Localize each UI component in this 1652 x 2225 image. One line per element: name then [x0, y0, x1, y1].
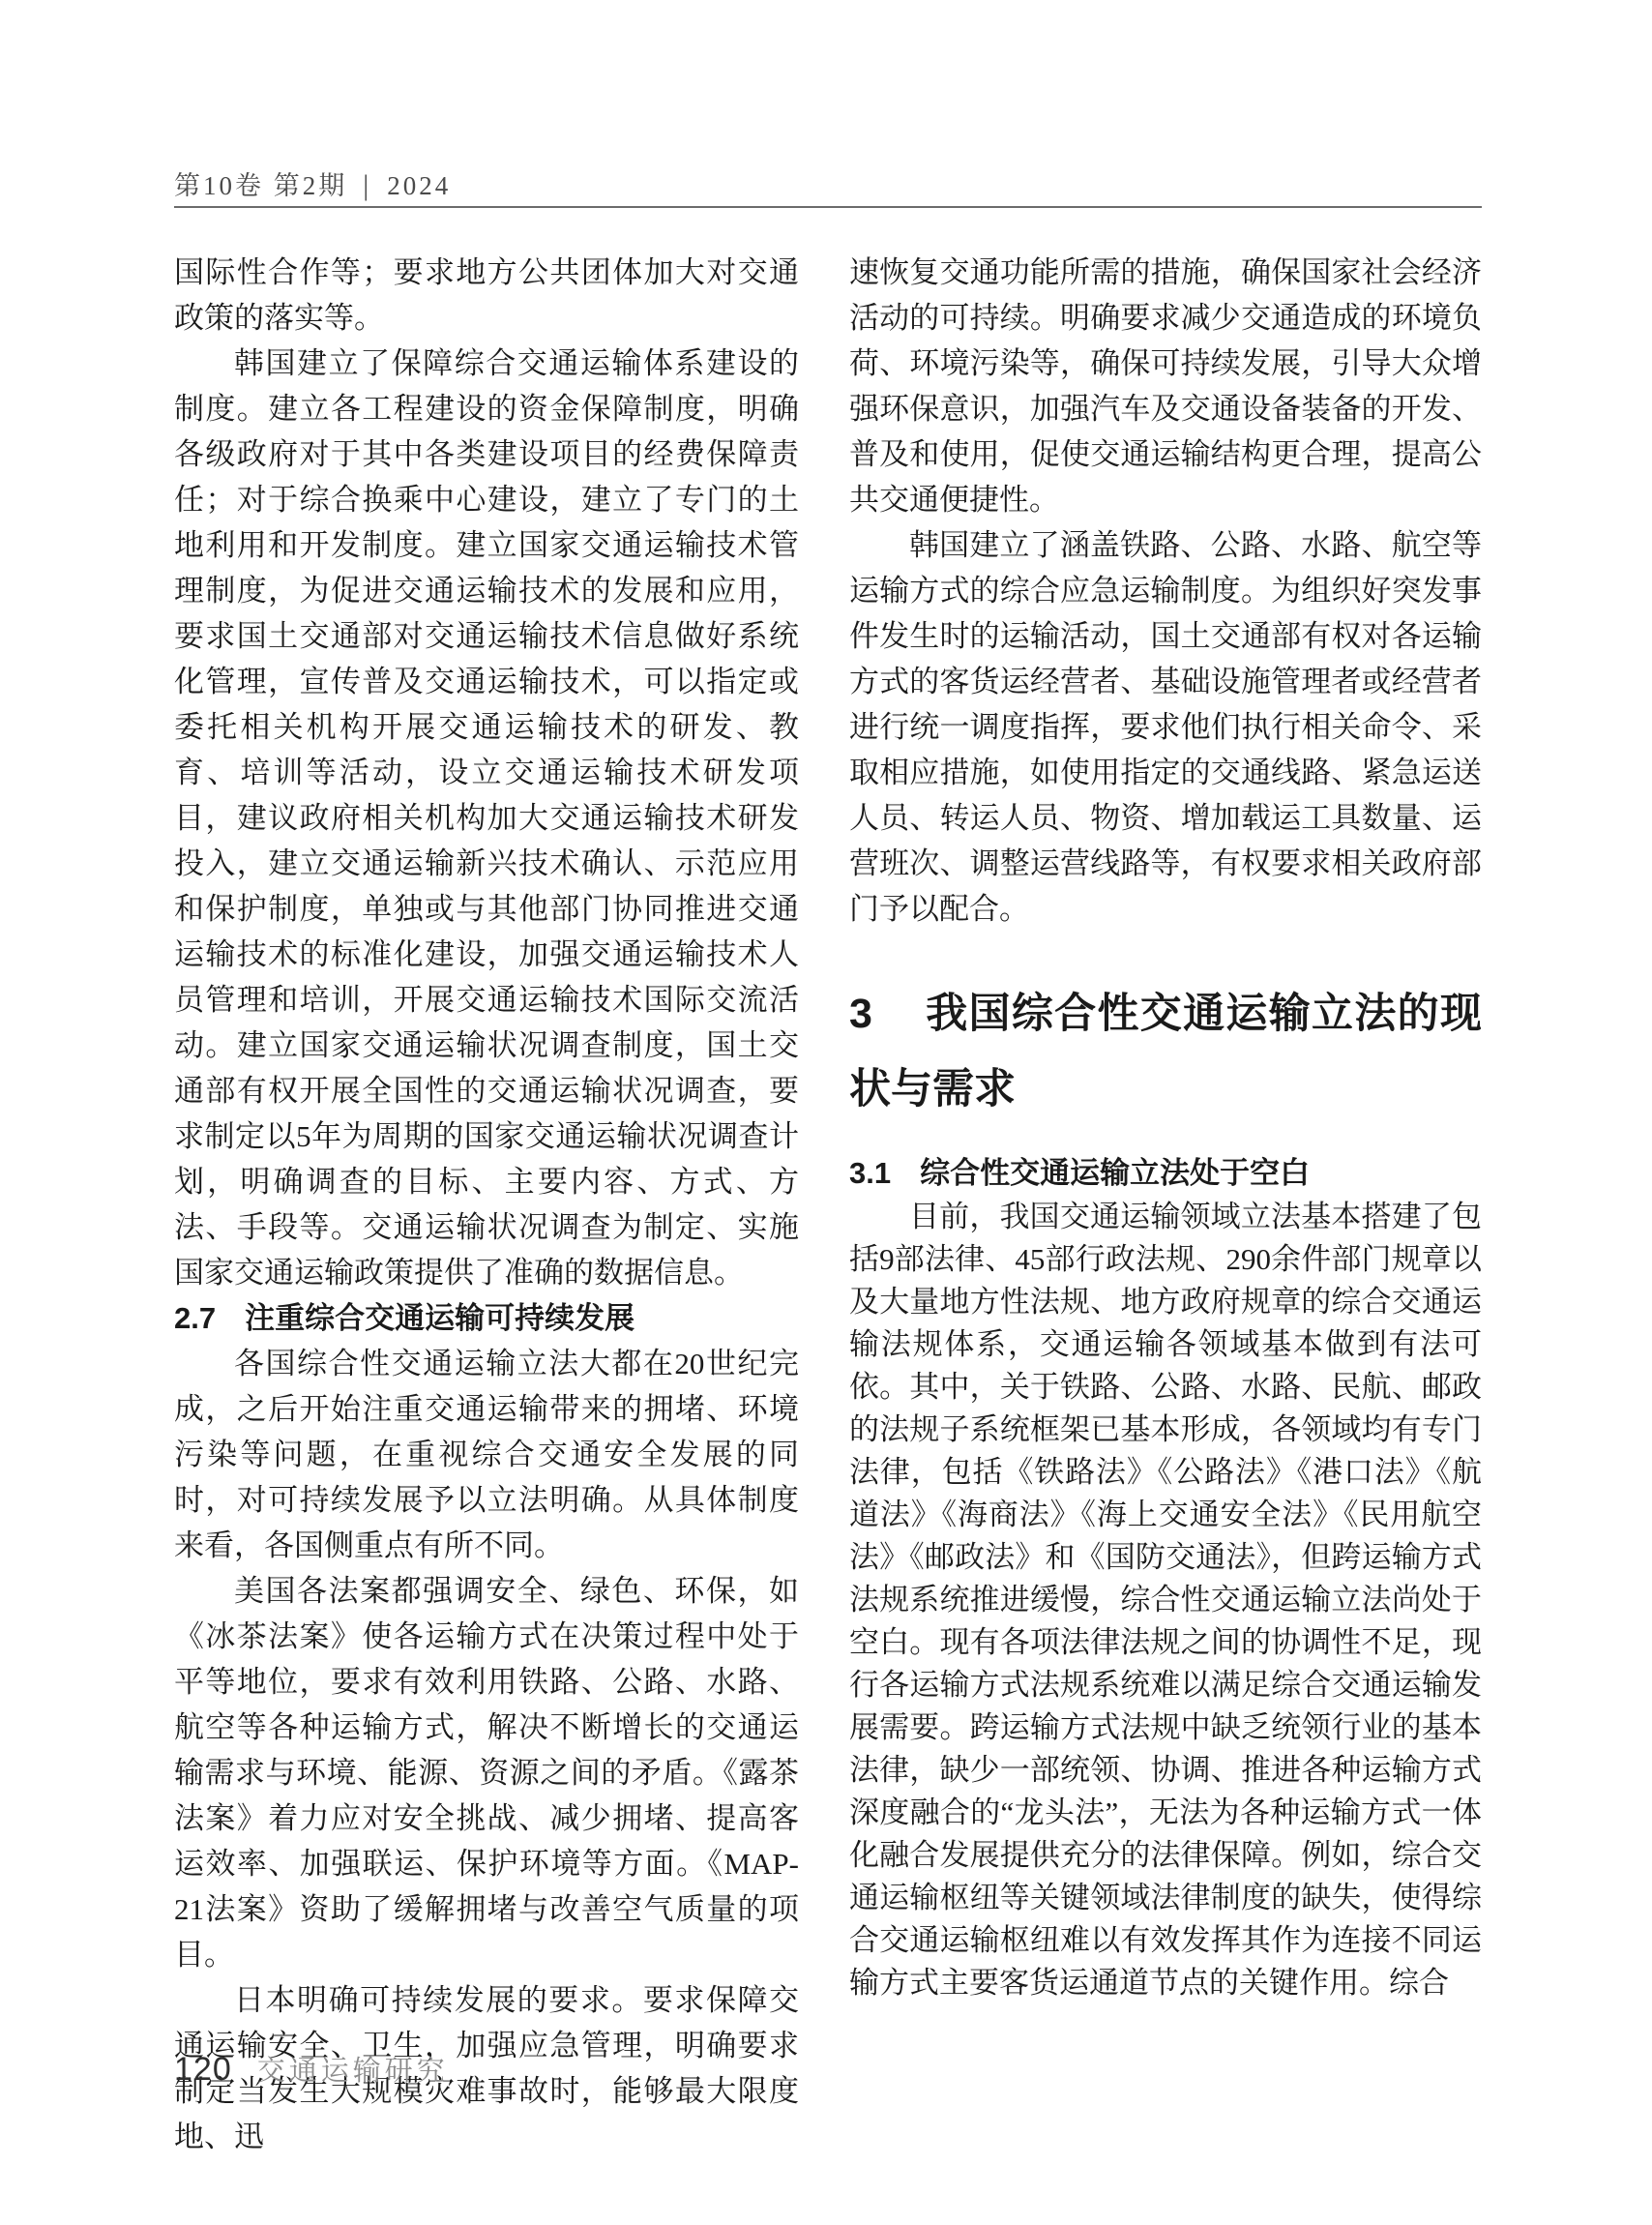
- heading-title: 综合性交通运输立法处于空白: [920, 1156, 1310, 1190]
- journal-name: 交通运输研究: [257, 2056, 449, 2087]
- paragraph: 各国综合性交通运输立法大都在20世纪完成，之后开始注重交通运输带来的拥堵、环境污…: [174, 1341, 799, 1568]
- header-separator: |: [363, 169, 371, 202]
- subsection-heading-2-7: 2.7注重综合交通运输可持续发展: [174, 1295, 799, 1341]
- heading-title: 注重综合交通运输可持续发展: [245, 1301, 634, 1335]
- volume-issue-label: 第10卷 第2期: [174, 171, 347, 200]
- left-column: 国际性合作等；要求地方公共团体加大对交通政策的落实等。 韩国建立了保障综合交通运…: [174, 250, 799, 2159]
- page-header: 第10卷 第2期|2024: [174, 164, 451, 202]
- header-rule: [174, 206, 1482, 208]
- heading-title: 我国综合性交通运输立法的现状与需求: [849, 991, 1482, 1112]
- page-footer: 120交通运输研究: [174, 2049, 449, 2089]
- paragraph: 美国各法案都强调安全、绿色、环保，如《冰茶法案》使各运输方式在决策过程中处于平等…: [174, 1568, 799, 1977]
- heading-number: 3.1: [849, 1150, 891, 1196]
- paragraph-continuation: 速恢复交通功能所需的措施，确保国家社会经济活动的可持续。明确要求减少交通造成的环…: [849, 250, 1482, 522]
- subsection-heading-3-1: 3.1综合性交通运输立法处于空白: [849, 1150, 1482, 1196]
- paragraph: 韩国建立了保障综合交通运输体系建设的制度。建立各工程建设的资金保障制度，明确各级…: [174, 341, 799, 1295]
- paragraph: 目前，我国交通运输领域立法基本搭建了包括9部法律、45部行政法规、290余件部门…: [849, 1196, 1482, 2004]
- right-column: 速恢复交通功能所需的措施，确保国家社会经济活动的可持续。明确要求减少交通造成的环…: [849, 250, 1482, 2004]
- journal-page: 第10卷 第2期|2024 国际性合作等；要求地方公共团体加大对交通政策的落实等…: [0, 0, 1652, 2225]
- heading-number: 2.7: [174, 1295, 216, 1341]
- header-year: 2024: [387, 171, 451, 200]
- paragraph-continuation: 国际性合作等；要求地方公共团体加大对交通政策的落实等。: [174, 250, 799, 341]
- heading-number: 3: [849, 976, 872, 1052]
- page-number: 120: [174, 2051, 232, 2088]
- section-heading-3: 3我国综合性交通运输立法的现状与需求: [849, 976, 1482, 1127]
- paragraph: 韩国建立了涵盖铁路、公路、水路、航空等运输方式的综合应急运输制度。为组织好突发事…: [849, 522, 1482, 932]
